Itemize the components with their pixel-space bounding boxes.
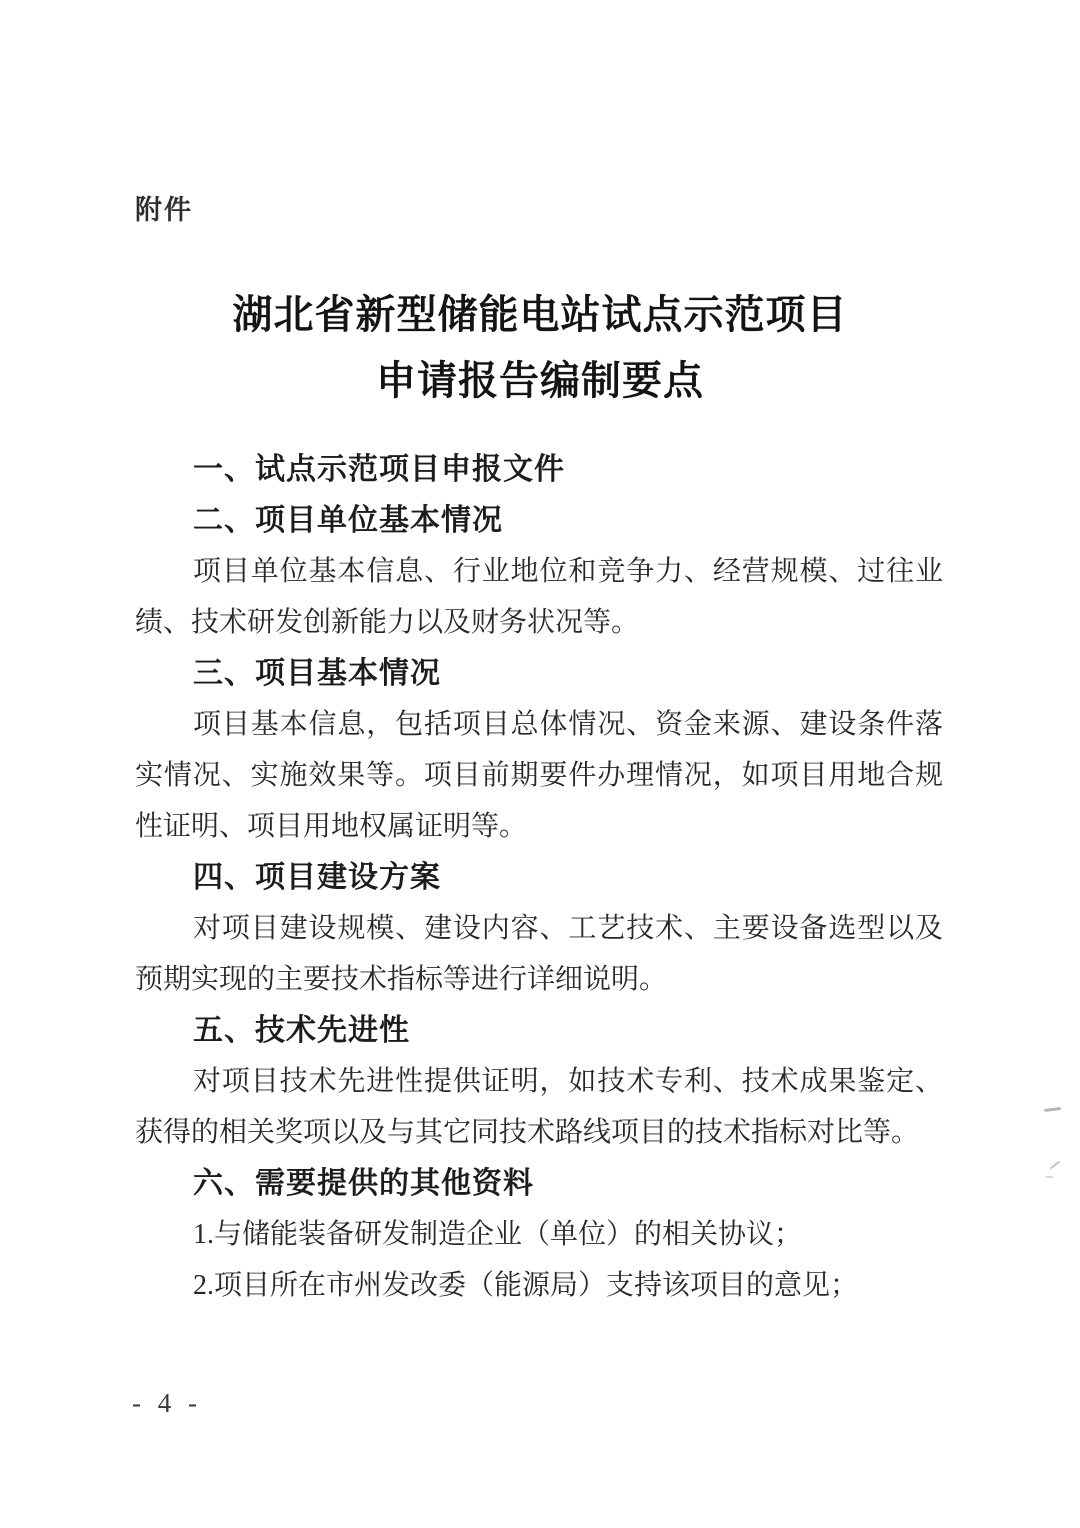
document-title-line1: 湖北省新型储能电站试点示范项目	[0, 282, 1080, 348]
attachment-label: 附件	[135, 188, 193, 227]
section-heading: 三、项目基本情况	[135, 648, 943, 699]
section-heading: 一、试点示范项目申报文件	[135, 444, 943, 495]
section-heading: 二、项目单位基本情况	[135, 495, 943, 546]
section-6: 六、需要提供的其他资料 1.与储能装备研发制造企业（单位）的相关协议； 2.项目…	[135, 1158, 943, 1311]
section-paragraph: 项目单位基本信息、行业地位和竞争力、经营规模、过往业绩、技术研发创新能力以及财务…	[135, 546, 943, 648]
scan-artifact	[1050, 1161, 1061, 1170]
section-3: 三、项目基本情况 项目基本信息，包括项目总体情况、资金来源、建设条件落实情况、实…	[135, 648, 943, 852]
section-2: 二、项目单位基本情况 项目单位基本信息、行业地位和竞争力、经营规模、过往业绩、技…	[135, 495, 943, 648]
document-title: 湖北省新型储能电站试点示范项目 申请报告编制要点	[0, 282, 1080, 414]
section-heading: 六、需要提供的其他资料	[135, 1158, 943, 1209]
section-heading: 四、项目建设方案	[135, 852, 943, 903]
document-page: 附件 湖北省新型储能电站试点示范项目 申请报告编制要点 一、试点示范项目申报文件…	[0, 0, 1080, 1528]
section-5: 五、技术先进性 对项目技术先进性提供证明，如技术专利、技术成果鉴定、获得的相关奖…	[135, 1005, 943, 1158]
page-number: - 4 -	[132, 1388, 202, 1419]
scan-artifact	[1044, 1107, 1061, 1112]
section-paragraph: 项目基本信息，包括项目总体情况、资金来源、建设条件落实情况、实施效果等。项目前期…	[135, 699, 943, 852]
document-body: 一、试点示范项目申报文件 二、项目单位基本情况 项目单位基本信息、行业地位和竞争…	[135, 444, 943, 1311]
section-paragraph: 对项目技术先进性提供证明，如技术专利、技术成果鉴定、获得的相关奖项以及与其它同技…	[135, 1056, 943, 1158]
list-item: 1.与储能装备研发制造企业（单位）的相关协议；	[135, 1209, 943, 1260]
list-item: 2.项目所在市州发改委（能源局）支持该项目的意见；	[135, 1260, 943, 1311]
section-paragraph: 对项目建设规模、建设内容、工艺技术、主要设备选型以及预期实现的主要技术指标等进行…	[135, 903, 943, 1005]
section-1: 一、试点示范项目申报文件	[135, 444, 943, 495]
section-4: 四、项目建设方案 对项目建设规模、建设内容、工艺技术、主要设备选型以及预期实现的…	[135, 852, 943, 1005]
section-heading: 五、技术先进性	[135, 1005, 943, 1056]
document-title-line2: 申请报告编制要点	[0, 348, 1080, 414]
scan-artifact	[1046, 1176, 1053, 1178]
